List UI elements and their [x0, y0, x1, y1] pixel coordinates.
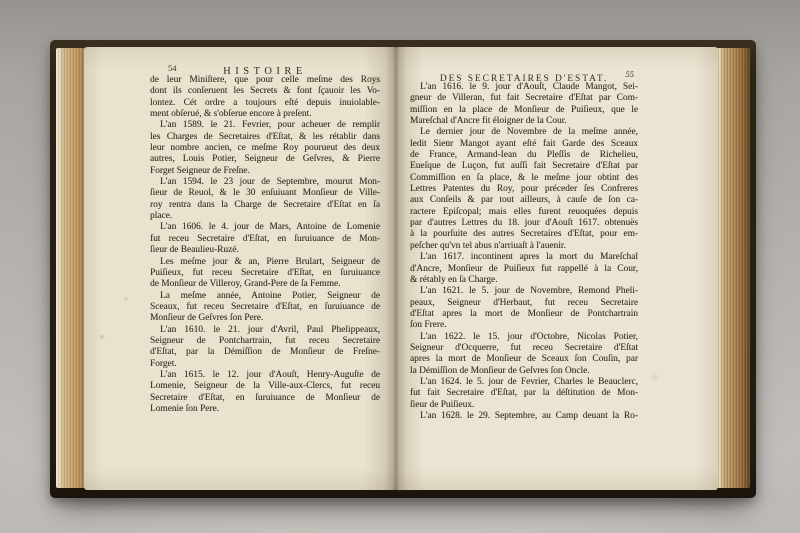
text-line: ledit Sieur Mangot ayant eſté fait Garde… [410, 139, 638, 150]
text-line: L'an 1624. le 5. jour de Fevrier, Charle… [410, 377, 638, 388]
text-line: lontez. Cét ordre a toujours eſté depuis… [150, 98, 380, 109]
line-text: peaux, Seigneur d'Herbaut, fut receu Sec… [410, 298, 638, 308]
right-page-text: DES SECRETAIRES D'ESTAT. 55 1616.L'an 16… [410, 68, 638, 422]
text-line: L'an 1621. le 5. jour de Novembre, Remon… [410, 286, 638, 297]
text-line: la Démiſſion de Monſieur de Geſvres ſon … [410, 366, 638, 377]
text-line: Sceaux, fut receu Secretaire d'Eſtat, en… [150, 302, 380, 313]
text-line: miſſion en la place de Monſieur de Puiſi… [410, 105, 638, 116]
line-text: d'Ancre, Monſieur de Puiſieux fut rappel… [410, 264, 638, 274]
line-text: L'an 1589. le 21. Fevrier, pour acheuer … [160, 120, 380, 130]
text-line: roy rentra dans la Charge de Secretaire … [150, 200, 380, 211]
text-line: ſon Frere. [410, 320, 638, 331]
text-line: Commiſſion en ſa place, & le meſme jour … [410, 173, 638, 184]
left-page-header: 54 HISTOIRE [150, 61, 380, 75]
text-line: 1617.d'Ancre, Monſieur de Puiſieux fut r… [410, 264, 638, 275]
text-line: gneur de Villeran, fut fait Secretaire d… [410, 93, 638, 104]
text-line: place. [150, 211, 380, 222]
line-text: fut fait Secretaire d'Eſtat, par la déſt… [410, 388, 638, 398]
text-line: Lomenie ſon Pere. [150, 404, 380, 415]
text-line: Secretaire d'Eſtat, en ſuruiuance de Mon… [150, 393, 380, 404]
text-line: de France, Armand-Iean du Pleſſis de Ric… [410, 150, 638, 161]
text-line: 1615.Lomenie, Seigneur de la Ville-aux-C… [150, 381, 380, 392]
text-line: autres, Louis Potier, Seigneur de Geſvre… [150, 154, 380, 165]
text-line: apres la mort de Monſieur de Sceaux ſon … [410, 354, 638, 365]
text-line: de leur Miniſtere, que pour celle meſme … [150, 75, 380, 86]
text-line: 1610.Seigneur de Pontchartrain, fut rece… [150, 336, 380, 347]
text-line: peſcher qu'vn tel abus n'arriuaſt à l'au… [410, 241, 638, 252]
text-line: ractere Epiſcopal; mais elles furent reu… [410, 207, 638, 218]
line-text: Seigneur de Pontchartrain, fut receu Sec… [150, 336, 380, 346]
text-line: Forget Seigneur de Freſne. [150, 166, 380, 177]
right-page-header: DES SECRETAIRES D'ESTAT. 55 [410, 68, 638, 82]
text-line: leur nombre ancien, ce meſme Roy pourueu… [150, 143, 380, 154]
text-line: Forget. [150, 359, 380, 370]
text-line: Puiſieux, fut receu Secretaire d'Eſtat, … [150, 268, 380, 279]
text-line: ment obſerué, & s'obſerue encore à preſe… [150, 109, 380, 120]
text-line: Lettres Patentes du Roy, pour préceder ſ… [410, 184, 638, 195]
text-line: Le dernier jour de Novembre de la meſme … [410, 127, 638, 138]
text-line: d'Eſtat, par la Démiſſion de Monſieur de… [150, 347, 380, 358]
fore-edge-left [56, 48, 85, 488]
line-text: L'an 1606. le 4. jour de Mars, Antoine d… [160, 222, 380, 232]
text-line: à la pourſuite des autres Secretaires d'… [410, 229, 638, 240]
text-line: Mareſchal d'Ancre fit éloigner de la Cou… [410, 116, 638, 127]
text-line: 1589.L'an 1589. le 21. Fevrier, pour ach… [150, 120, 380, 131]
text-line: Les meſme jour & an, Pierre Brulart, Sei… [150, 257, 380, 268]
line-text: L'an 1616. le 9. jour d'Aouſt, Claude Ma… [420, 82, 638, 92]
line-text: L'an 1628. le 29. Septembre, au Camp deu… [420, 411, 638, 421]
text-line: de Monſieur de Villeroy, Grand-Pere de ſ… [150, 279, 380, 290]
text-line: 1606.L'an 1606. le 4. jour de Mars, Anto… [150, 222, 380, 233]
left-page-text: 54 HISTOIRE de leur Miniſtere, que pour … [150, 61, 380, 415]
text-line: & rétably en ſa Charge. [410, 275, 638, 286]
text-line: Eueſque de Luçon, fut auſſi fait Secreta… [410, 161, 638, 172]
text-line: ſieur de Beaulieu-Ruzé. [150, 245, 380, 256]
text-line: L'an 1615. le 12. jour d'Aouſt, Henry-Au… [150, 370, 380, 381]
text-line: 1594.ſieur de Reuol, & le 30 enſuiuant M… [150, 188, 380, 199]
text-line: ſieur de Puiſieux. [410, 400, 638, 411]
text-line: par d'autres Lettres du 18. jour d'Aouſt… [410, 218, 638, 229]
text-line: 1622.Seigneur d'Ocquerre, fut receu Secr… [410, 343, 638, 354]
text-line: d'Eſtat apres la mort de Monſieur de Pon… [410, 309, 638, 320]
text-line: 1624.fut fait Secretaire d'Eſtat, par la… [410, 388, 638, 399]
text-line: les Charges de Secretaires d'Eſtat, & le… [150, 132, 380, 143]
line-text: Lomenie, Seigneur de la Ville-aux-Clercs… [150, 381, 380, 391]
text-line: La meſme année, Antoine Potier, Seigneur… [150, 291, 380, 302]
text-line: aux Conſeils & par tout ailleurs, à cauſ… [410, 195, 638, 206]
right-page-number: 55 [626, 69, 635, 79]
line-text: ſieur de Reuol, & le 30 enſuiuant Monſie… [150, 188, 380, 198]
text-line: L'an 1594. le 23 jour de Septembre, mour… [150, 177, 380, 188]
text-line: L'an 1610. le 21. jour d'Avril, Paul Phe… [150, 325, 380, 336]
text-line: 1616.L'an 1616. le 9. jour d'Aouſt, Clau… [410, 82, 638, 93]
text-line: L'an 1622. le 15. jour d'Octobre, Nicola… [410, 332, 638, 343]
text-line: 1628.L'an 1628. le 29. Septembre, au Cam… [410, 411, 638, 422]
text-line: 1621.peaux, Seigneur d'Herbaut, fut rece… [410, 298, 638, 309]
line-text: Seigneur d'Ocquerre, fut receu Secretair… [410, 343, 638, 353]
photo-of-open-book: 54 HISTOIRE de leur Miniſtere, que pour … [0, 0, 800, 533]
text-line: fut receu Secretaire d'Eſtat, en ſuruiua… [150, 234, 380, 245]
fore-edge-right [716, 48, 750, 488]
text-line: L'an 1617. incontinent apres la mort du … [410, 252, 638, 263]
text-line: dont ils conſeruent les Secrets & font ſ… [150, 86, 380, 97]
text-line: Monſieur de Geſvres ſon Pere. [150, 313, 380, 324]
left-page-number: 54 [168, 63, 177, 73]
